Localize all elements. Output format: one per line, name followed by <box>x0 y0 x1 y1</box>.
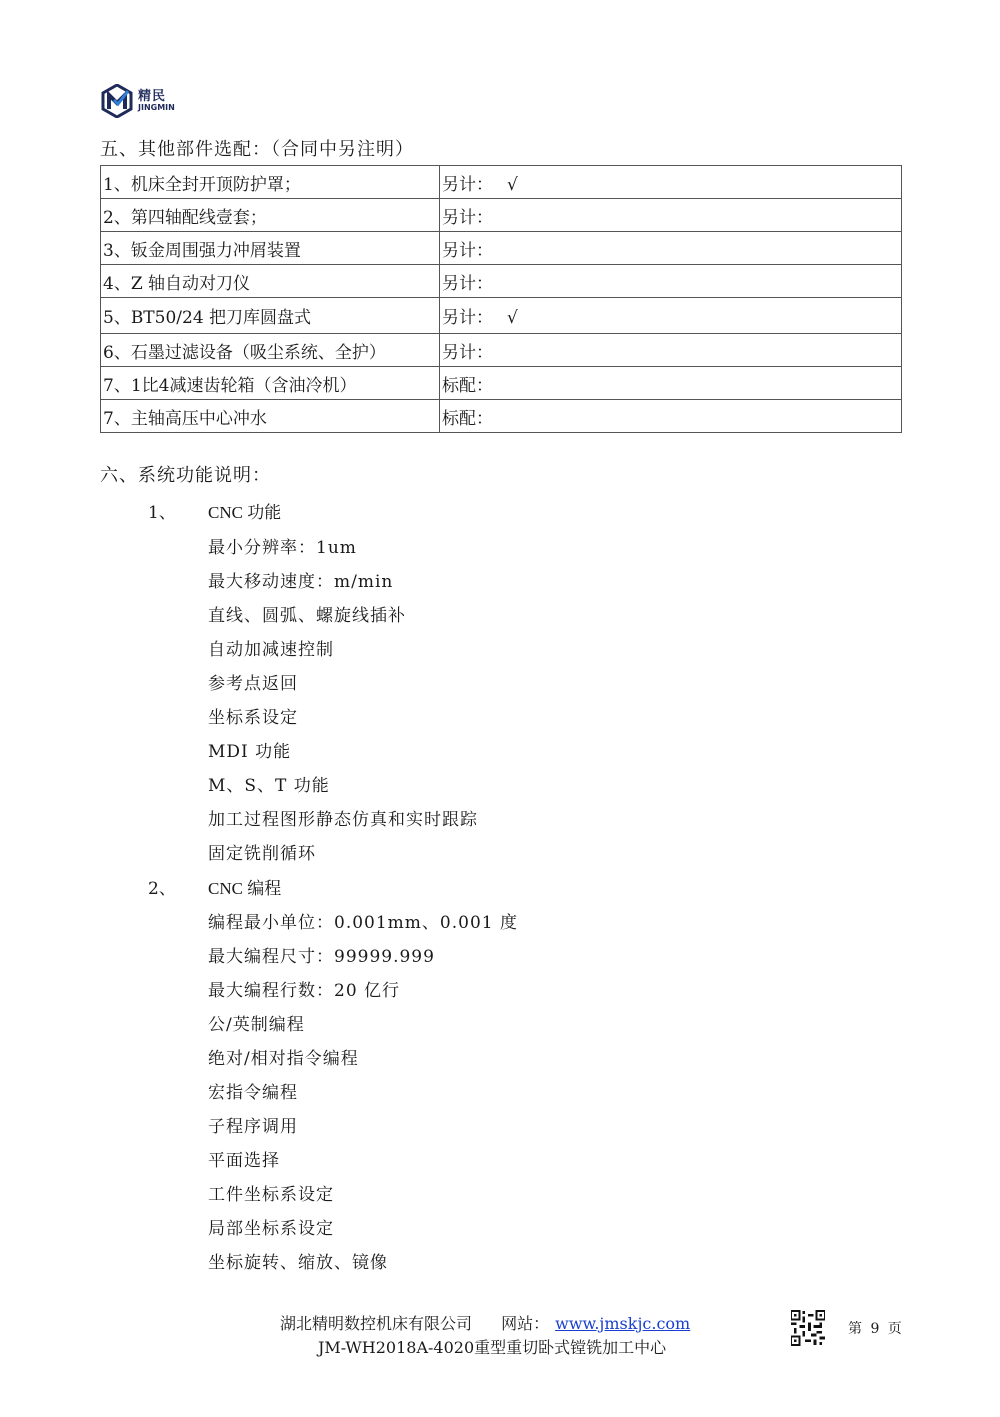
list-item: 最小分辨率：1um <box>208 533 357 558</box>
footer-company-line: 湖北精明数控机床有限公司 网站：www.jmskjc.com <box>280 1311 690 1334</box>
option-status: 另计： <box>440 232 902 265</box>
status-label: 另计： <box>442 343 493 363</box>
website-label: 网站： <box>501 1314 549 1333</box>
list-item: 直线、圆弧、螺旋线插补 <box>208 601 406 626</box>
status-label: 另计： <box>442 308 493 328</box>
option-status: 另计：√ <box>440 166 902 199</box>
check-mark: √ <box>507 175 518 195</box>
option-item: 7、主轴高压中心冲水 <box>101 400 440 433</box>
list-item: M、S、T 功能 <box>208 771 330 796</box>
footer-model-line: JM-WH2018A-4020重型重切卧式镗铣加工中心 <box>318 1335 666 1358</box>
logo-english-text: JINGMIN <box>138 104 175 112</box>
status-label: 标配： <box>442 409 493 429</box>
table-row: 7、1比4减速齿轮箱（含油冷机） 标配： <box>101 367 902 400</box>
group-number: 1、 <box>148 498 176 523</box>
list-item: 编程最小单位：0.001mm、0.001 度 <box>208 908 518 933</box>
option-status: 另计：√ <box>440 298 902 334</box>
group-number: 2、 <box>148 874 176 899</box>
list-item: 自动加减速控制 <box>208 635 334 660</box>
option-item: 6、石墨过滤设备（吸尘系统、全护） <box>101 334 440 367</box>
section-5-title: 五、其他部件选配：（合同中另注明） <box>100 135 414 161</box>
group-title: CNC 功能 <box>208 498 281 523</box>
status-label: 另计： <box>442 241 493 261</box>
option-item: 2、第四轴配线壹套； <box>101 199 440 232</box>
company-logo: 精民 JINGMIN <box>100 83 200 119</box>
list-item: 最大编程尺寸：99999.999 <box>208 942 435 967</box>
table-row: 7、主轴高压中心冲水 标配： <box>101 400 902 433</box>
company-name: 湖北精明数控机床有限公司 <box>280 1314 472 1333</box>
list-item: MDI 功能 <box>208 737 291 762</box>
option-status: 标配： <box>440 367 902 400</box>
list-item: 最大编程行数：20 亿行 <box>208 976 400 1001</box>
logo-chinese-text: 精民 <box>138 90 175 103</box>
list-item: 参考点返回 <box>208 669 298 694</box>
list-item: 最大移动速度：m/min <box>208 567 393 592</box>
table-row: 2、第四轴配线壹套； 另计： <box>101 199 902 232</box>
status-label: 标配： <box>442 376 493 396</box>
option-status: 另计： <box>440 334 902 367</box>
option-item: 5、BT50/24 把刀库圆盘式 <box>101 298 440 334</box>
option-status: 另计： <box>440 265 902 298</box>
table-row: 3、钣金周围强力冲屑装置 另计： <box>101 232 902 265</box>
list-item: 坐标系设定 <box>208 703 298 728</box>
list-item: 绝对/相对指令编程 <box>208 1044 359 1069</box>
option-status: 标配： <box>440 400 902 433</box>
table-row: 5、BT50/24 把刀库圆盘式 另计：√ <box>101 298 902 334</box>
option-item: 1、机床全封开顶防护罩； <box>101 166 440 199</box>
list-item: 局部坐标系设定 <box>208 1214 334 1239</box>
website-link[interactable]: www.jmskjc.com <box>555 1314 690 1333</box>
option-status: 另计： <box>440 199 902 232</box>
options-table: 1、机床全封开顶防护罩； 另计：√ 2、第四轴配线壹套； 另计： 3、钣金周围强… <box>100 165 902 433</box>
list-item: 加工过程图形静态仿真和实时跟踪 <box>208 805 478 830</box>
list-item: 固定铣削循环 <box>208 839 316 864</box>
option-item: 4、Z 轴自动对刀仪 <box>101 265 440 298</box>
list-item: 宏指令编程 <box>208 1078 298 1103</box>
status-label: 另计： <box>442 208 493 228</box>
option-item: 7、1比4减速齿轮箱（含油冷机） <box>101 367 440 400</box>
qr-code-icon <box>791 1310 825 1346</box>
list-item: 工件坐标系设定 <box>208 1180 334 1205</box>
check-mark: √ <box>507 308 518 328</box>
table-row: 4、Z 轴自动对刀仪 另计： <box>101 265 902 298</box>
table-row: 6、石墨过滤设备（吸尘系统、全护） 另计： <box>101 334 902 367</box>
list-item: 坐标旋转、缩放、镜像 <box>208 1248 388 1273</box>
status-label: 另计： <box>442 175 493 195</box>
group-title: CNC 编程 <box>208 874 281 899</box>
list-item: 公/英制编程 <box>208 1010 305 1035</box>
option-item: 3、钣金周围强力冲屑装置 <box>101 232 440 265</box>
page-number: 第 9 页 <box>848 1318 904 1338</box>
jingmin-logo-icon <box>100 84 134 118</box>
table-row: 1、机床全封开顶防护罩； 另计：√ <box>101 166 902 199</box>
status-label: 另计： <box>442 274 493 294</box>
section-6-title: 六、系统功能说明： <box>100 461 271 487</box>
list-item: 平面选择 <box>208 1146 280 1171</box>
list-item: 子程序调用 <box>208 1112 298 1137</box>
